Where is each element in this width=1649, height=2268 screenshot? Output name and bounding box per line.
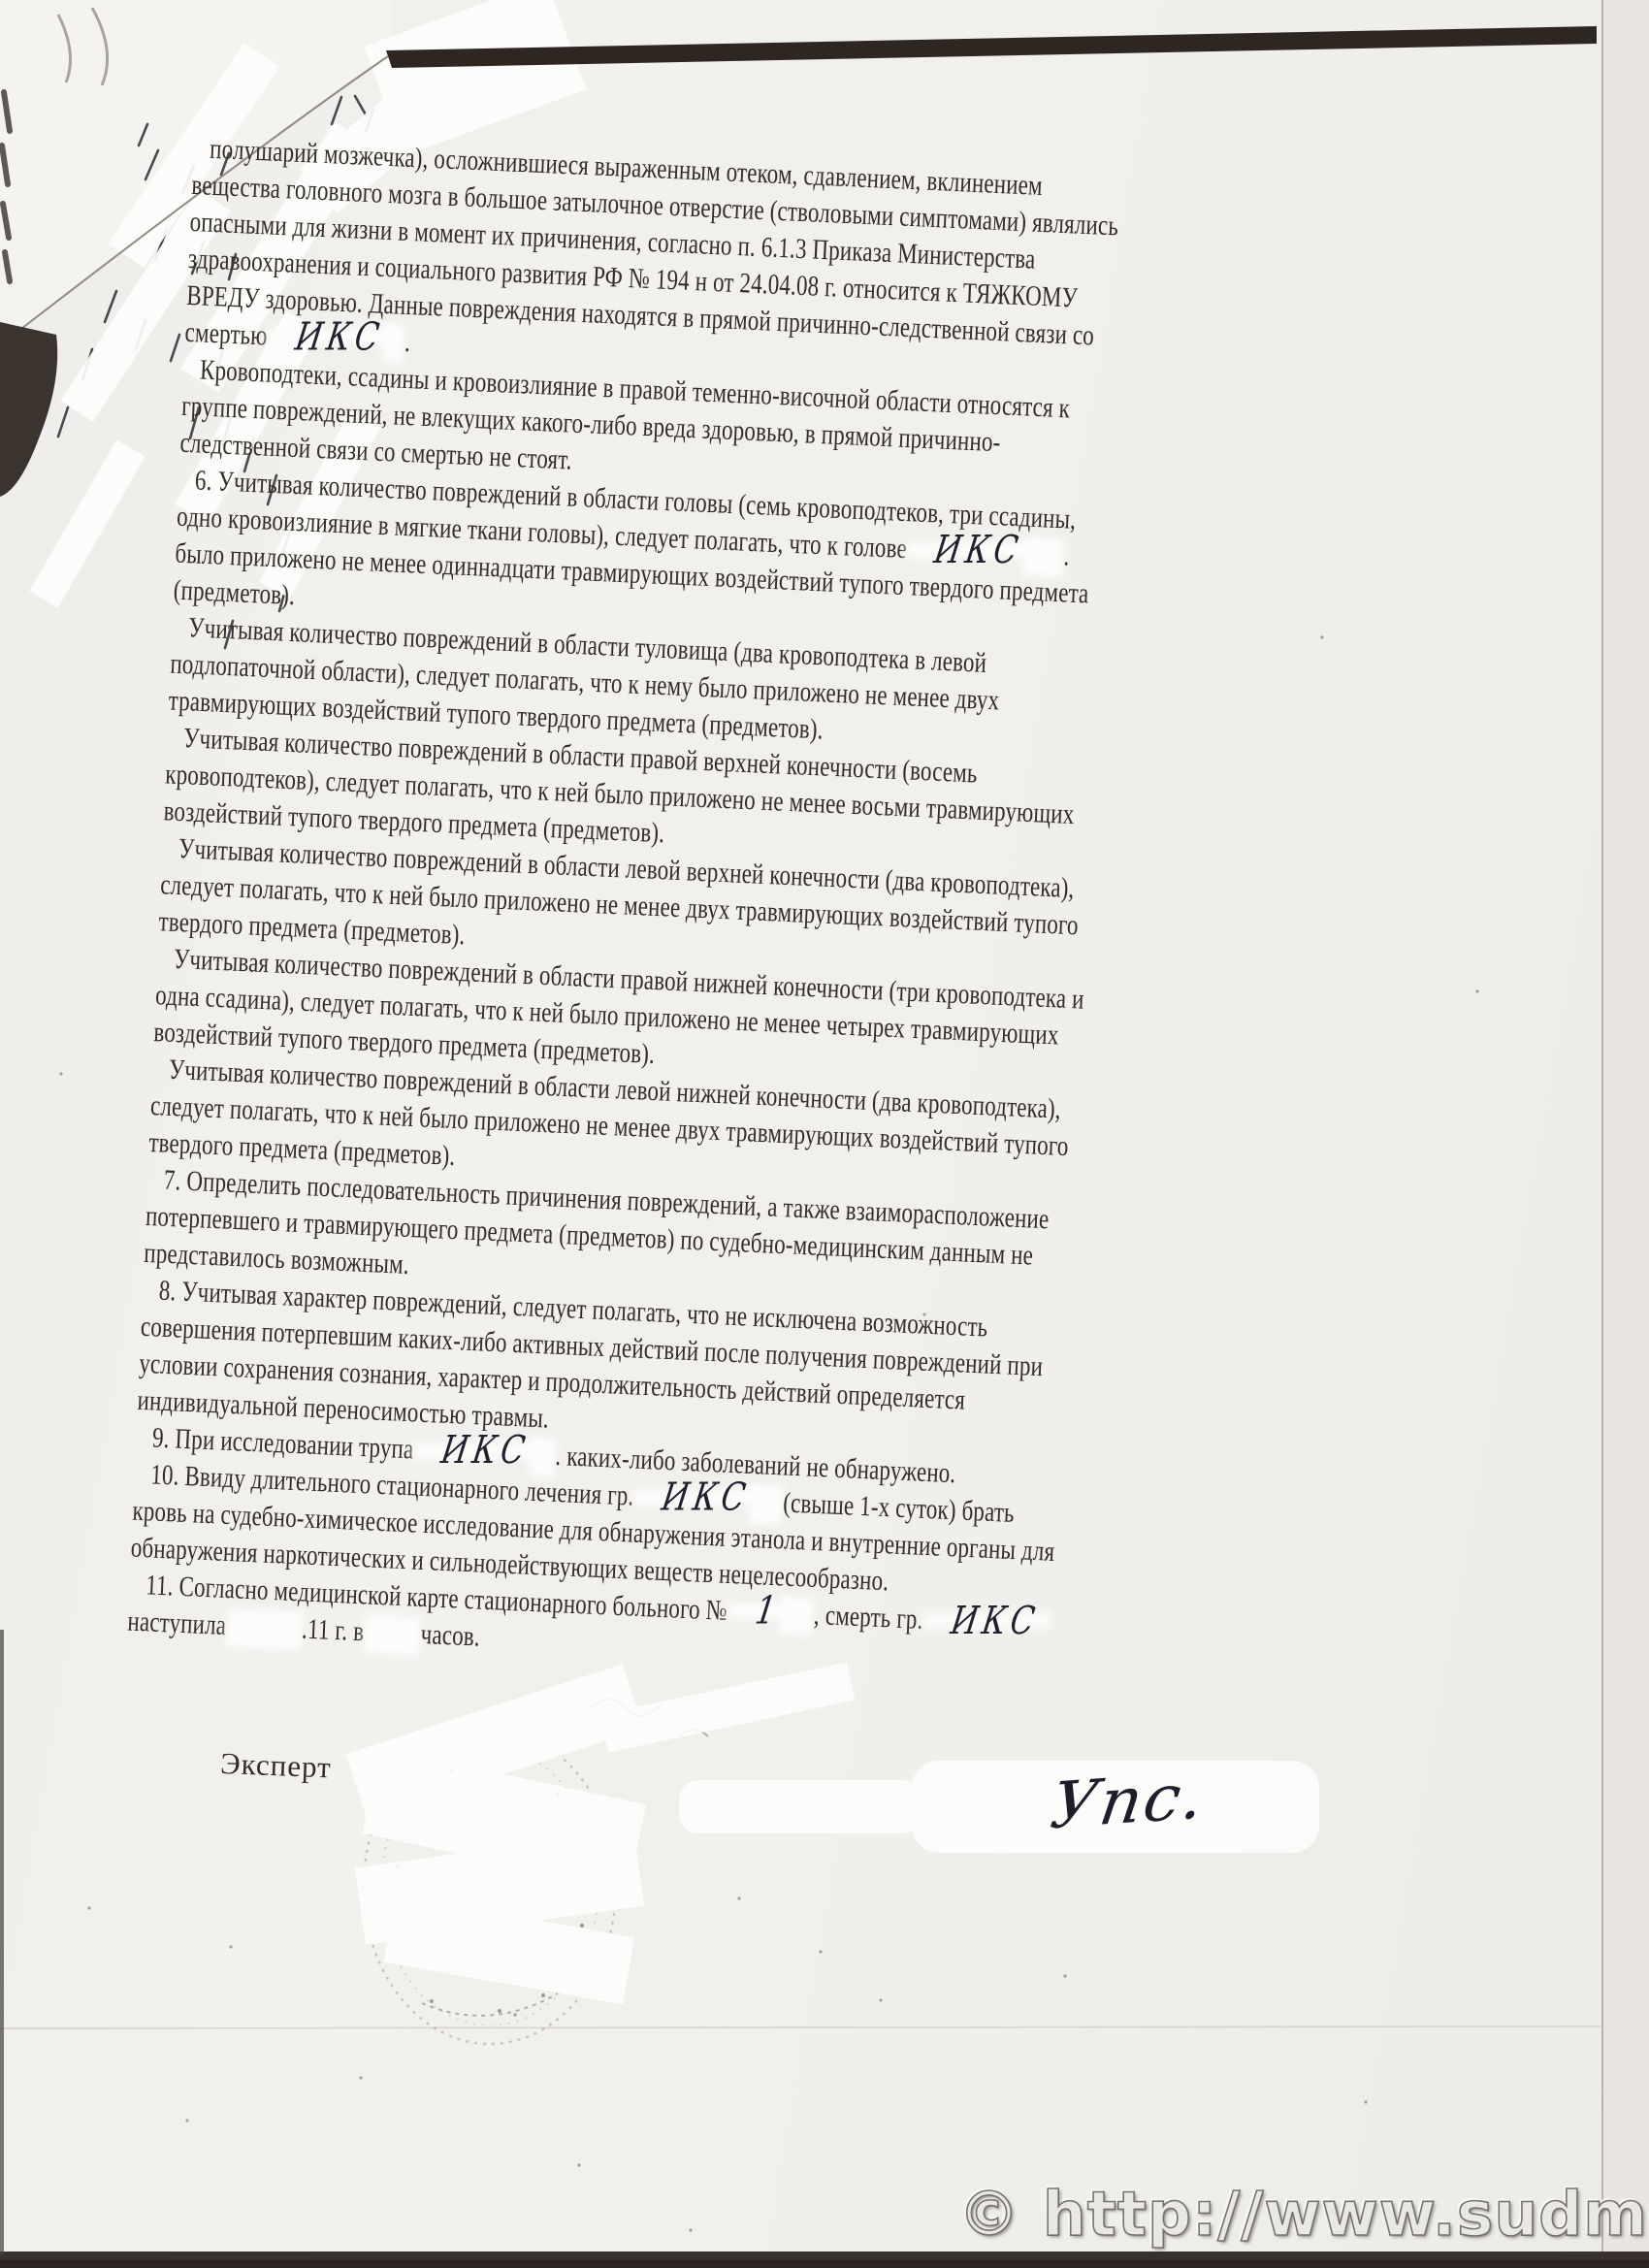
scanner-bottom-band-dark <box>0 2260 1649 2268</box>
scanner-bottom-band <box>0 2252 1649 2268</box>
stamp-area-scribbles <box>592 1699 708 1736</box>
document-paragraph: полушарий мозжечка), осложнившиеся выраж… <box>184 130 1131 393</box>
stamp <box>364 1730 616 2044</box>
scanned-document-page: полушарий мозжечка), осложнившиеся выраж… <box>0 0 1649 2268</box>
scanner-dark-corner-blob <box>0 322 57 497</box>
paper-crease-line <box>0 2026 1600 2028</box>
corner-handwriting-faint <box>58 8 108 85</box>
expert-label: Эксперт <box>220 1746 333 1785</box>
whiteout-gap <box>369 1622 415 1649</box>
whiteout-gap <box>754 1491 778 1517</box>
whiteout-gap <box>231 1616 296 1644</box>
left-edge-dark-marks <box>2 92 10 281</box>
whiteout-gap <box>388 331 400 356</box>
paper-right-edge-strip <box>1602 0 1649 2268</box>
expert-signature: Упс. <box>1047 1759 1211 1844</box>
left-edge-sliver <box>0 1630 4 2255</box>
whiteout-gap <box>1027 544 1058 570</box>
scanner-dark-bar <box>386 26 1597 68</box>
text-column: полушарий мозжечка), осложнившиеся выраж… <box>127 130 1132 1681</box>
whiteout-gap <box>533 1444 550 1471</box>
site-watermark: © http://www.sudmed.ru <box>958 2179 1649 2250</box>
whiteout-gap <box>785 1604 809 1630</box>
